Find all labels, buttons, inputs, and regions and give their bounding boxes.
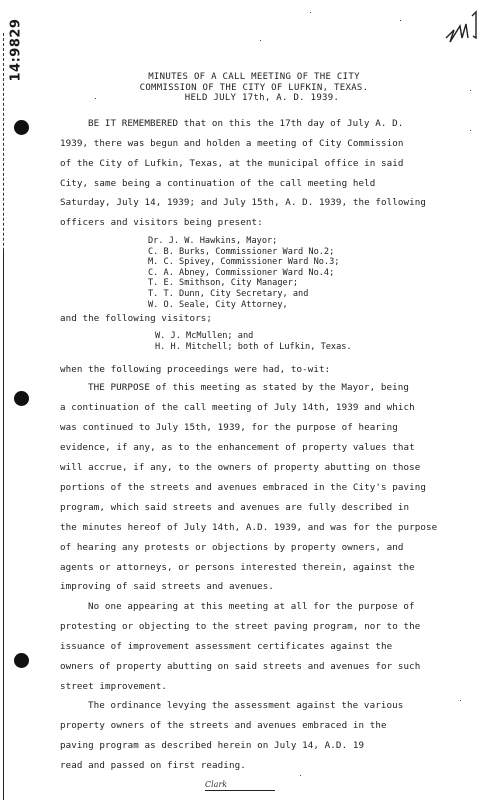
paragraph-line: street improvement. [60, 681, 167, 692]
paragraph-line: City, same being a continuation of the c… [60, 178, 375, 189]
signature: Clark [205, 782, 305, 792]
title-line: COMMISSION OF THE CITY OF LUFKIN, TEXAS. [0, 83, 488, 94]
visitor-entry: H. H. Mitchell; both of Lufkin, Texas. [155, 342, 352, 353]
proceedings-intro: when the following proceedings were had,… [60, 364, 330, 375]
paragraph-line: Saturday, July 14, 1939; and July 15th, … [60, 197, 426, 208]
paragraph-line: paving program as described herein on Ju… [60, 740, 364, 751]
handwritten-mark-icon [440, 8, 484, 48]
paragraph-line: read and passed on first reading. [60, 760, 246, 771]
paragraph-line: THE PURPOSE of this meeting as stated by… [88, 382, 409, 393]
scan-speck [400, 20, 401, 21]
punch-hole-icon [14, 653, 29, 668]
officer-entry: C. A. Abney, Commissioner Ward No.4; [148, 268, 339, 279]
paragraph-line: The ordinance levying the assessment aga… [88, 700, 403, 711]
paragraph-line: owners of property abutting on said stre… [60, 661, 420, 672]
paragraph-line: issuance of improvement assessment certi… [60, 641, 392, 652]
paragraph-line: property owners of the streets and avenu… [60, 720, 387, 731]
paragraph-line: was continued to July 15th, 1939, for th… [60, 422, 398, 433]
scan-speck [310, 12, 311, 13]
officer-entry: M. C. Spivey, Commissioner Ward No.3; [148, 257, 339, 268]
paragraph-line: agents or attorneys, or persons interest… [60, 562, 415, 573]
scan-speck [260, 40, 261, 41]
scan-speck [300, 775, 301, 776]
officer-entry: W. O. Seale, City Attorney, [148, 300, 339, 311]
paragraph-line: officers and visitors being present: [60, 217, 263, 228]
officer-entry: T. T. Dunn, City Secretary, and [148, 289, 339, 300]
scan-speck [470, 130, 471, 131]
page-edge-line-solid [3, 250, 5, 800]
paragraph-line: protesting or objecting to the street pa… [60, 621, 420, 632]
paragraph-line: evidence, if any, as to the enhancement … [60, 442, 415, 453]
paragraph-line: the minutes hereof of July 14th, A.D. 19… [60, 522, 437, 533]
paragraph-line: program, which said streets and avenues … [60, 502, 409, 513]
visitors-list: W. J. McMullen; and H. H. Mitchell; both… [155, 331, 352, 353]
document-title: MINUTES OF A CALL MEETING OF THE CITY CO… [0, 72, 488, 104]
punch-hole-icon [14, 120, 29, 135]
punch-hole-icon [14, 391, 29, 406]
paragraph-line: portions of the streets and avenues embr… [60, 482, 426, 493]
paragraph-line: will accrue, if any, to the owners of pr… [60, 462, 420, 473]
paragraph-line: of hearing any protests or objections by… [60, 542, 404, 553]
officers-list: Dr. J. W. Hawkins, Mayor; C. B. Burks, C… [148, 236, 339, 310]
officer-entry: T. E. Smithson, City Manager; [148, 278, 339, 289]
title-line: MINUTES OF A CALL MEETING OF THE CITY [0, 72, 488, 83]
paragraph-line: of the City of Lufkin, Texas, at the mun… [60, 158, 404, 169]
signature-line [205, 790, 275, 791]
visitor-entry: W. J. McMullen; and [155, 331, 352, 342]
paragraph-line: BE IT REMEMBERED that on this the 17th d… [88, 118, 403, 129]
visitors-intro: and the following visitors; [60, 313, 212, 324]
scan-speck [460, 700, 461, 701]
paragraph-line: improving of said streets and avenues. [60, 581, 274, 592]
scan-speck [470, 90, 471, 91]
officer-entry: Dr. J. W. Hawkins, Mayor; [148, 236, 339, 247]
document-page: 14:9829 MINUTES OF A CALL MEETING OF THE… [0, 0, 488, 800]
paragraph-line: a continuation of the call meeting of Ju… [60, 402, 415, 413]
paragraph-line: 1939, there was begun and holden a meeti… [60, 138, 404, 149]
scan-speck [95, 98, 96, 99]
paragraph-line: No one appearing at this meeting at all … [88, 601, 415, 612]
officer-entry: C. B. Burks, Commissioner Ward No.2; [148, 247, 339, 258]
title-line: HELD JULY 17th, A. D. 1939. [0, 93, 488, 104]
